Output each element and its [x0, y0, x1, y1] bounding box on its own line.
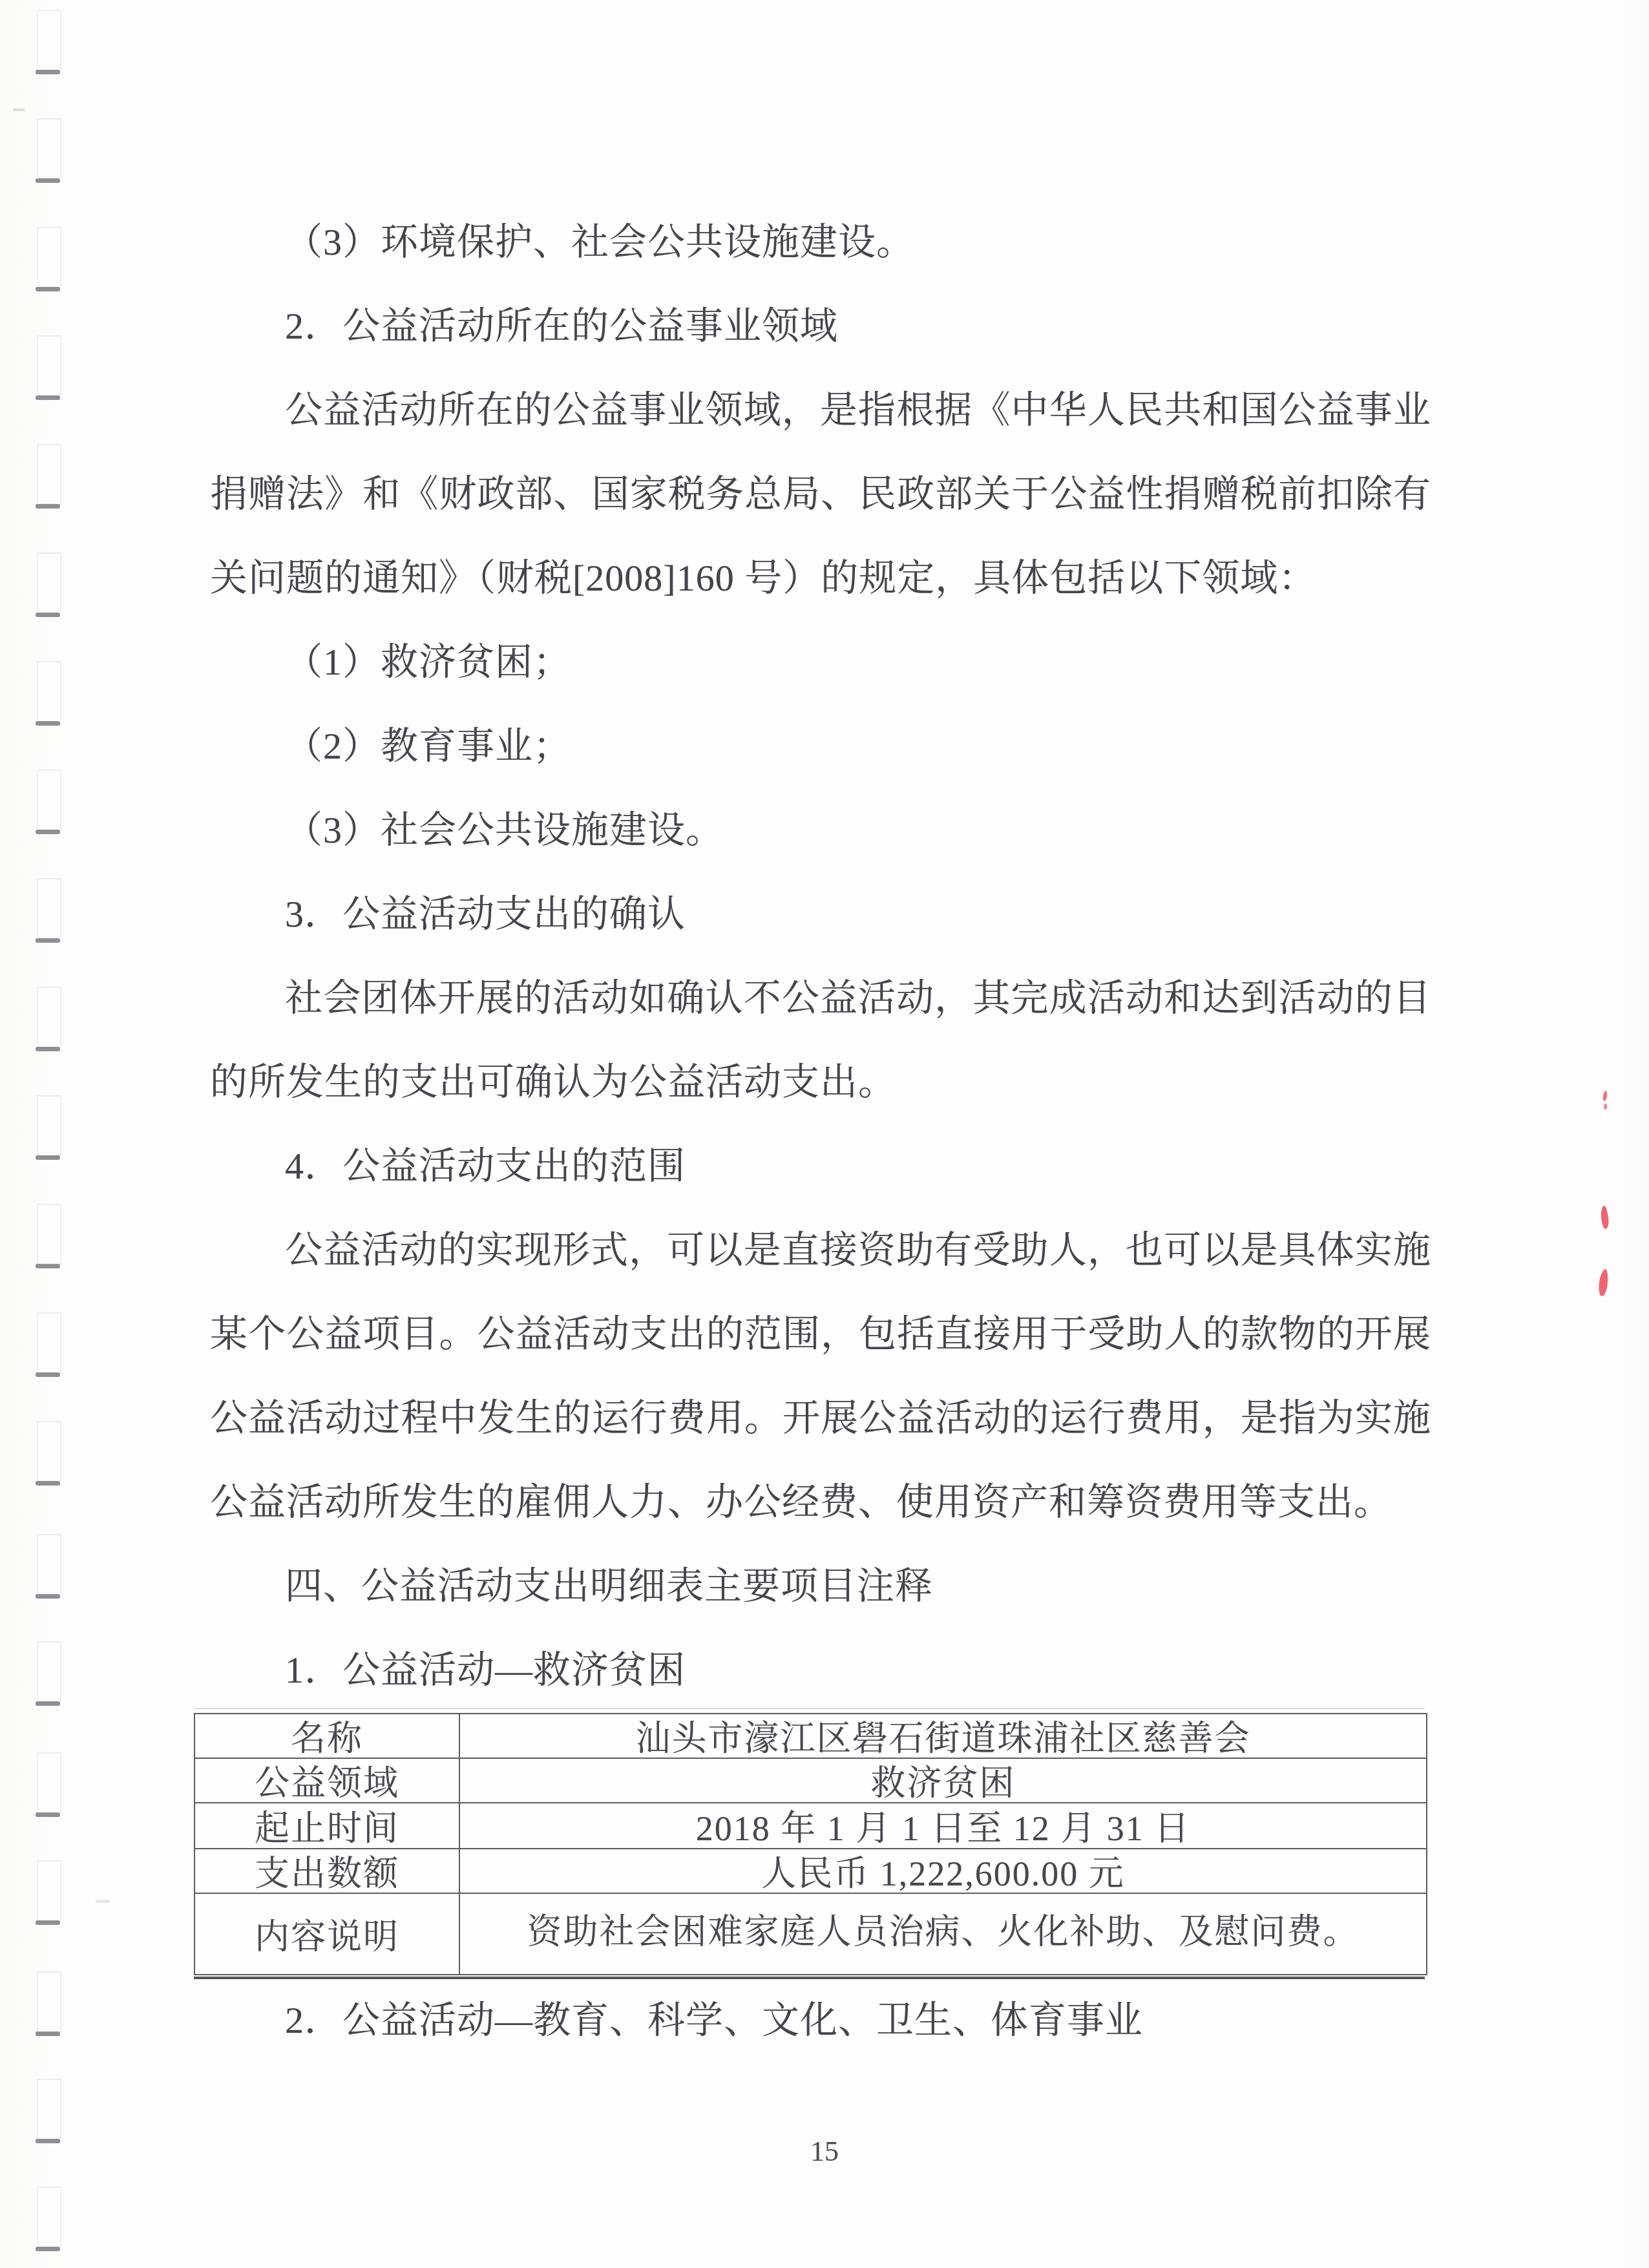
- text-line: 2．公益活动所在的公益事业领域: [210, 284, 1431, 368]
- binder-hole-shadow: [36, 70, 60, 74]
- table-border-ghost: [194, 1708, 1425, 1709]
- row-value: 人民币 1,222,600.00 元: [460, 1849, 1426, 1893]
- binder-hole-mark: [36, 661, 61, 726]
- binder-hole-outline: [37, 1095, 61, 1156]
- row-label: 支出数额: [195, 1849, 460, 1893]
- text-line: 公益活动的实现形式，可以是直接资助有受助人，也可以是具体实施: [210, 1208, 1431, 1292]
- table-row: 公益领域救济贫困: [195, 1759, 1426, 1803]
- binder-hole-mark: [36, 1204, 61, 1268]
- binder-hole-mark: [36, 878, 61, 943]
- row-value: 2018 年 1 月 1 日至 12 月 31 日: [460, 1803, 1426, 1848]
- text-line: 1．公益活动—救济贫困: [210, 1628, 1431, 1712]
- text-line: 公益活动所发生的雇佣人力、办公经费、使用资产和筹资费用等支出。: [210, 1460, 1431, 1544]
- binder-hole-mark: [36, 1095, 61, 1160]
- text-line: （2）教育事业；: [210, 704, 1431, 788]
- text-line: （3）环境保护、社会公共设施建设。: [210, 200, 1431, 284]
- binder-hole-outline: [37, 2079, 61, 2139]
- binder-hole-shadow: [36, 1372, 60, 1377]
- text-line: 四、公益活动支出明细表主要项目注释: [210, 1544, 1431, 1628]
- binder-hole-shadow: [36, 178, 60, 183]
- binder-hole-shadow: [36, 287, 60, 291]
- binder-hole-shadow: [36, 2032, 60, 2036]
- binder-hole-shadow: [36, 1812, 60, 1817]
- binder-hole-outline: [37, 1971, 61, 2032]
- binder-hole-mark: [36, 987, 61, 1051]
- binder-hole-shadow: [36, 1155, 60, 1160]
- binder-hole-shadow: [36, 613, 60, 617]
- binder-hole-mark: [36, 2187, 61, 2251]
- row-label: 名称: [195, 1714, 460, 1758]
- row-value: 救济贫困: [460, 1759, 1426, 1802]
- binder-hole-mark: [36, 1534, 61, 1599]
- binder-hole-mark: [36, 1421, 61, 1486]
- binder-hole-mark: [36, 118, 61, 183]
- binder-hole-mark: [36, 1971, 61, 2036]
- binder-hole-outline: [37, 1860, 61, 1921]
- text-line: 某个公益项目。公益活动支出的范围，包括直接用于受助人的款物的开展: [210, 1292, 1431, 1376]
- binder-hole-shadow: [36, 1920, 60, 1925]
- binder-hole-shadow: [36, 1264, 60, 1268]
- binder-hole-outline: [37, 444, 61, 505]
- table-row: 支出数额人民币 1,222,600.00 元: [195, 1849, 1426, 1894]
- text-line: （3）社会公共设施建设。: [210, 788, 1431, 872]
- binder-hole-mark: [36, 335, 61, 400]
- binder-hole-outline: [37, 1641, 61, 1702]
- row-label: 公益领域: [195, 1759, 460, 1802]
- page-number: 15: [0, 2136, 1649, 2167]
- table-row: 名称汕头市濠江区礐石街道珠浦社区慈善会: [195, 1714, 1426, 1759]
- binder-hole-mark: [36, 770, 61, 834]
- binder-hole-outline: [37, 1752, 61, 1813]
- text-line: 公益活动所在的公益事业领域，是指根据《中华人民共和国公益事业: [210, 368, 1431, 452]
- binder-hole-outline: [37, 661, 61, 722]
- binder-hole-mark: [36, 1641, 61, 1706]
- text-line: 4．公益活动支出的范围: [210, 1124, 1431, 1208]
- binder-hole-shadow: [36, 395, 60, 400]
- binder-hole-outline: [37, 118, 61, 179]
- red-ink-mark: [1600, 1206, 1610, 1230]
- binder-hole-outline: [37, 1312, 61, 1373]
- table-row: 内容说明资助社会困难家庭人员治病、火化补助、及慰问费。: [195, 1894, 1426, 1974]
- binder-hole-outline: [37, 987, 61, 1047]
- binder-hole-mark: [36, 227, 61, 291]
- binder-hole-outline: [37, 227, 61, 288]
- binder-hole-shadow: [36, 721, 60, 726]
- row-value: 汕头市濠江区礐石街道珠浦社区慈善会: [460, 1714, 1426, 1758]
- binder-hole-outline: [37, 878, 61, 939]
- row-label: 内容说明: [195, 1894, 460, 1974]
- text-line: （1）救济贫困；: [210, 620, 1431, 704]
- text-line: 的所发生的支出可确认为公益活动支出。: [210, 1040, 1431, 1124]
- section-heading-after-table: 2．公益活动—教育、科学、文化、卫生、体育事业: [210, 1979, 1431, 2063]
- text-line: 公益活动过程中发生的运行费用。开展公益活动的运行费用，是指为实施: [210, 1376, 1431, 1460]
- binder-hole-outline: [37, 335, 61, 396]
- row-label: 起止时间: [195, 1803, 460, 1848]
- binder-hole-mark: [36, 10, 61, 74]
- binder-hole-shadow: [36, 1594, 60, 1599]
- binder-hole-mark: [36, 552, 61, 617]
- red-ink-mark: [1598, 1268, 1609, 1296]
- document-page: （3）环境保护、社会公共设施建设。2．公益活动所在的公益事业领域公益活动所在的公…: [0, 0, 1649, 2268]
- red-ink-mark: [1602, 1091, 1608, 1102]
- body-text: （3）环境保护、社会公共设施建设。2．公益活动所在的公益事业领域公益活动所在的公…: [210, 200, 1431, 1712]
- binder-hole-mark: [36, 2079, 61, 2143]
- text-line: 捐赠法》和《财政部、国家税务总局、民政部关于公益性捐赠税前扣除有: [210, 452, 1431, 536]
- binder-hole-outline: [37, 1534, 61, 1595]
- text-line: 关问题的通知》（财税[2008]160 号）的规定，具体包括以下领域：: [210, 536, 1431, 620]
- binder-hole-outline: [37, 552, 61, 613]
- red-ink-mark: [1604, 1104, 1607, 1109]
- row-value: 资助社会困难家庭人员治病、火化补助、及慰问费。: [460, 1894, 1426, 1974]
- binder-hole-outline: [37, 1421, 61, 1482]
- binder-hole-shadow: [36, 2247, 60, 2251]
- binder-hole-shadow: [36, 1047, 60, 1051]
- binder-hole-outline: [37, 2187, 61, 2247]
- binder-hole-mark: [36, 444, 61, 509]
- binder-hole-outline: [37, 1204, 61, 1265]
- binder-hole-shadow: [36, 1481, 60, 1486]
- scan-speck: [13, 109, 25, 111]
- charity-expense-table: 名称汕头市濠江区礐石街道珠浦社区慈善会公益领域救济贫困起止时间2018 年 1 …: [194, 1713, 1427, 1975]
- binder-hole-shadow: [36, 504, 60, 509]
- binder-hole-outline: [37, 770, 61, 830]
- binder-hole-shadow: [36, 1701, 60, 1706]
- binder-hole-mark: [36, 1312, 61, 1377]
- binder-hole-mark: [36, 1860, 61, 1925]
- text-line: 社会团体开展的活动如确认不公益活动，其完成活动和达到活动的目: [210, 956, 1431, 1040]
- scan-speck: [96, 1900, 110, 1903]
- binder-hole-outline: [37, 10, 61, 70]
- binder-hole-shadow: [36, 938, 60, 943]
- table-row: 起止时间2018 年 1 月 1 日至 12 月 31 日: [195, 1803, 1426, 1849]
- binder-hole-mark: [36, 1752, 61, 1817]
- text-line: 3．公益活动支出的确认: [210, 872, 1431, 956]
- binder-hole-shadow: [36, 830, 60, 834]
